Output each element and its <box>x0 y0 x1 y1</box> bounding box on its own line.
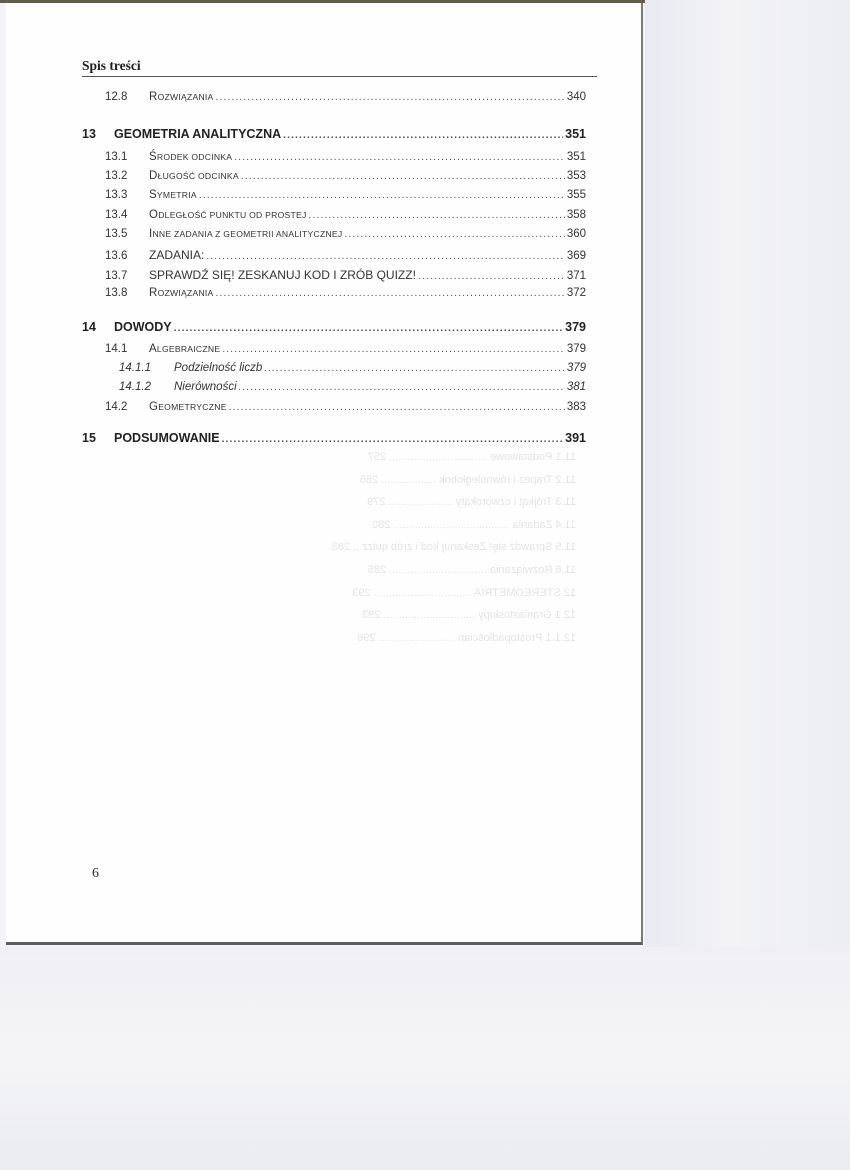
toc-entry-number: 14.1 <box>82 343 149 355</box>
dot-leader <box>174 323 564 334</box>
toc-entry-title: GEOMETRIA ANALITYCZNA <box>114 127 281 141</box>
show-through-line: 11.4 Zadania ...........................… <box>106 519 576 542</box>
toc-entry-title: ROZWIĄZANIA <box>149 287 214 299</box>
toc-entry-number: 14.1.1 <box>82 362 174 374</box>
toc-entry-title: ALGEBRAICZNE <box>149 343 220 355</box>
toc-entry[interactable]: 13.4ODLEGŁOŚĆ PUNKTU OD PROSTEJ358 <box>82 209 586 221</box>
toc-entry-page: 340 <box>567 91 586 103</box>
toc-entry-title: INNE ZADANIA Z GEOMETRII ANALITYCZNEJ <box>149 228 342 240</box>
scanner-backdrop-bottom <box>0 947 850 1170</box>
toc-entry-title: ODLEGŁOŚĆ PUNKTU OD PROSTEJ <box>149 209 307 221</box>
show-through-text: 11.1 Podstawowe ........................… <box>106 451 576 654</box>
show-through-line: 11.3 Trójkąt i czworokąty ..............… <box>106 496 576 519</box>
toc-entry-number: 13.7 <box>82 270 149 282</box>
toc-entry-number: 12.8 <box>82 91 149 103</box>
toc-entry[interactable]: 14.1ALGEBRAICZNE379 <box>82 343 586 355</box>
dot-leader <box>418 271 565 282</box>
show-through-line: 12.1.1 Prostopadłościan ................… <box>106 632 576 655</box>
toc-entry[interactable]: 13.6ZADANIA:369 <box>82 248 586 262</box>
show-through-line: 11.5 Sprawdź się! Zeskanuj kod i zrób qu… <box>106 541 576 564</box>
toc-entry-number: 13.2 <box>82 170 149 182</box>
dot-leader <box>241 171 565 182</box>
toc-entry-page: 355 <box>567 189 586 201</box>
show-through-line: 12.1 Graniastosłupy ....................… <box>106 609 576 632</box>
toc-entry-number: 13.5 <box>82 228 149 240</box>
toc-entry-title: PODSUMOWANIE <box>114 431 220 445</box>
toc-entry[interactable]: 12.8ROZWIĄZANIA340 <box>82 91 586 103</box>
toc-entry[interactable]: 15PODSUMOWANIE391 <box>82 431 586 445</box>
dot-leader <box>216 288 565 299</box>
toc-entry-title: ŚRODEK ODCINKA <box>149 151 232 163</box>
toc-entry-number: 14.2 <box>82 401 149 413</box>
toc-entry-page: 391 <box>565 431 586 445</box>
toc-entry-page: 381 <box>567 381 586 393</box>
toc-entry-title: SPRAWDŹ SIĘ! ZESKANUJ KOD I ZRÓB QUIZZ! <box>149 268 416 282</box>
dot-leader <box>199 190 565 201</box>
toc-entry-page: 351 <box>565 127 586 141</box>
toc-entry-title: GEOMETRYCZNE <box>149 401 227 413</box>
dot-leader <box>222 344 564 355</box>
toc-entry-page: 369 <box>567 250 586 262</box>
toc-entry-number: 13.8 <box>82 287 149 299</box>
dot-leader <box>309 210 565 221</box>
toc-entry-page: 379 <box>565 320 586 334</box>
toc-entry[interactable]: 14.1.1Podzielność liczb379 <box>82 362 586 374</box>
toc-entry-title: DŁUGOŚĆ ODCINKA <box>149 170 239 182</box>
dot-leader <box>234 152 565 163</box>
book-page: 11.1 Podstawowe ........................… <box>6 3 643 945</box>
toc-entry-number: 14 <box>82 320 114 334</box>
show-through-line: 11.6 Rozwiązania .......................… <box>106 564 576 587</box>
dot-leader <box>222 434 564 445</box>
toc-entry-title: DOWODY <box>114 320 172 334</box>
toc-entry[interactable]: 13.5INNE ZADANIA Z GEOMETRII ANALITYCZNE… <box>82 228 586 240</box>
toc-entry-page: 371 <box>567 270 586 282</box>
toc-entry-title: ZADANIA: <box>149 248 204 262</box>
toc-entry-page: 379 <box>567 362 586 374</box>
toc-entry[interactable]: 13.3SYMETRIA355 <box>82 189 586 201</box>
toc-entry[interactable]: 13GEOMETRIA ANALITYCZNA351 <box>82 127 586 141</box>
toc-entry[interactable]: 13.1ŚRODEK ODCINKA351 <box>82 151 586 163</box>
dot-leader <box>283 130 563 141</box>
toc-entry-page: 353 <box>567 170 586 182</box>
toc-entry-page: 358 <box>567 209 586 221</box>
toc-entry-number: 14.1.2 <box>82 381 174 393</box>
toc-entry[interactable]: 13.7SPRAWDŹ SIĘ! ZESKANUJ KOD I ZRÓB QUI… <box>82 268 586 282</box>
toc-entry-title: ROZWIĄZANIA <box>149 91 214 103</box>
show-through-line: 11.2 Trapez i równoległobok ............… <box>106 474 576 497</box>
toc-entry-number: 13.3 <box>82 189 149 201</box>
toc-entry-page: 379 <box>567 343 586 355</box>
dot-leader <box>239 382 565 393</box>
toc-entry-number: 13.4 <box>82 209 149 221</box>
toc-entry[interactable]: 14DOWODY379 <box>82 320 586 334</box>
header-rule <box>82 76 597 77</box>
toc-entry[interactable]: 13.8ROZWIĄZANIA372 <box>82 287 586 299</box>
toc-entry-page: 360 <box>567 228 586 240</box>
toc-entry-number: 13.6 <box>82 250 149 262</box>
dot-leader <box>229 402 565 413</box>
toc-entry[interactable]: 14.2GEOMETRYCZNE383 <box>82 401 586 413</box>
dot-leader <box>206 251 564 262</box>
running-head: Spis treści <box>82 58 141 74</box>
toc-entry-number: 13 <box>82 127 114 141</box>
toc-entry-page: 351 <box>567 151 586 163</box>
page-number: 6 <box>92 866 99 882</box>
toc-entry-number: 13.1 <box>82 151 149 163</box>
toc-entry-page: 383 <box>567 401 586 413</box>
toc-entry-title: Podzielność liczb <box>174 362 262 374</box>
dot-leader <box>264 363 565 374</box>
toc-entry-title: SYMETRIA <box>149 189 197 201</box>
toc-entry[interactable]: 13.2DŁUGOŚĆ ODCINKA353 <box>82 170 586 182</box>
toc-entry[interactable]: 14.1.2Nierówności381 <box>82 381 586 393</box>
dot-leader <box>216 92 565 103</box>
toc-entry-page: 372 <box>567 287 586 299</box>
show-through-line: 12 STEREOMETRIA ........................… <box>106 587 576 610</box>
dot-leader <box>344 229 564 240</box>
show-through-line: 11.1 Podstawowe ........................… <box>106 451 576 474</box>
toc-entry-number: 15 <box>82 431 114 445</box>
toc-entry-title: Nierówności <box>174 381 237 393</box>
